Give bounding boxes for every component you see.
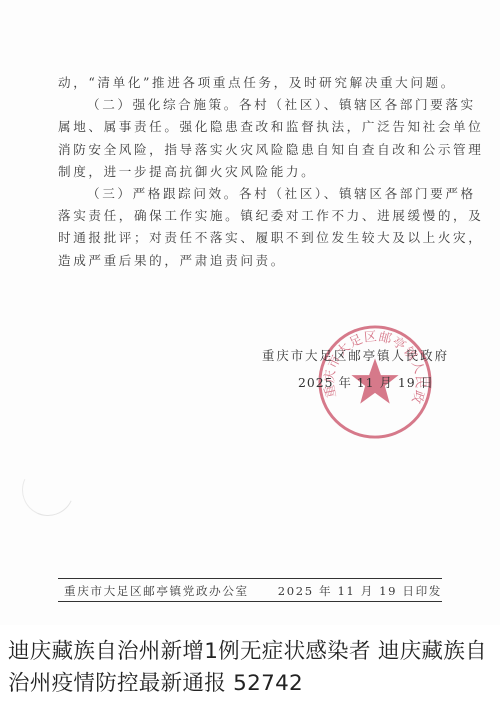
footer-top-rule [58,578,442,579]
scan-artifact [15,457,82,524]
footer-row: 重庆市大足区邮亭镇党政办公室 2025 年 11 月 19 日印发 [64,583,442,599]
document-body: 动，“清单化”推进各项重点任务，及时研究解决重大问题。 （二）强化综合施策。各村… [58,72,443,272]
footer-bottom-rule [58,601,442,602]
paragraph-line: 落实责任，确保工作实施。镇纪委对工作不力、进展缓慢的，及 [58,205,443,227]
paragraph-line: 造成严重后果的，严肃追责问责。 [58,250,443,272]
paragraph-line: 时通报批评；对责任不落实、履职不到位发生较大及以上火灾， [58,227,443,249]
image-caption: 迪庆藏族自治州新增1例无症状感染者 迪庆藏族自治州疫情防控最新通报 52742 [8,636,498,700]
signature-organization: 重庆市大足区邮亭镇人民政府 [262,346,462,364]
footer-issue-date: 2025 年 11 月 19 日印发 [278,583,442,599]
paragraph-line: 消防安全风险，指导落实火灾风险隐患自知自查自改和公示管理 [58,139,443,161]
paragraph-line: （二）强化综合施策。各村（社区）、镇辖区各部门要落实 [58,94,443,116]
footer-issuer: 重庆市大足区邮亭镇党政办公室 [64,583,249,599]
paragraph-line: 属地、属事责任。强化隐患查改和监督执法，广泛告知社会单位 [58,116,443,138]
signature-date: 2025 年 11 月 19 日 [262,373,462,391]
paragraph-line: 动，“清单化”推进各项重点任务，及时研究解决重大问题。 [58,72,443,94]
signature-block: 重庆市大足区邮亭镇人民政府 2025 年 11 月 19 日 [262,346,462,391]
scanned-document-page: 动，“清单化”推进各项重点任务，及时研究解决重大问题。 （二）强化综合施策。各村… [0,0,500,625]
paragraph-line: 制度，进一步提高抗御火灾风险能力。 [58,161,443,183]
paragraph-line: （三）严格跟踪问效。各村（社区）、镇辖区各部门要严格 [58,183,443,205]
